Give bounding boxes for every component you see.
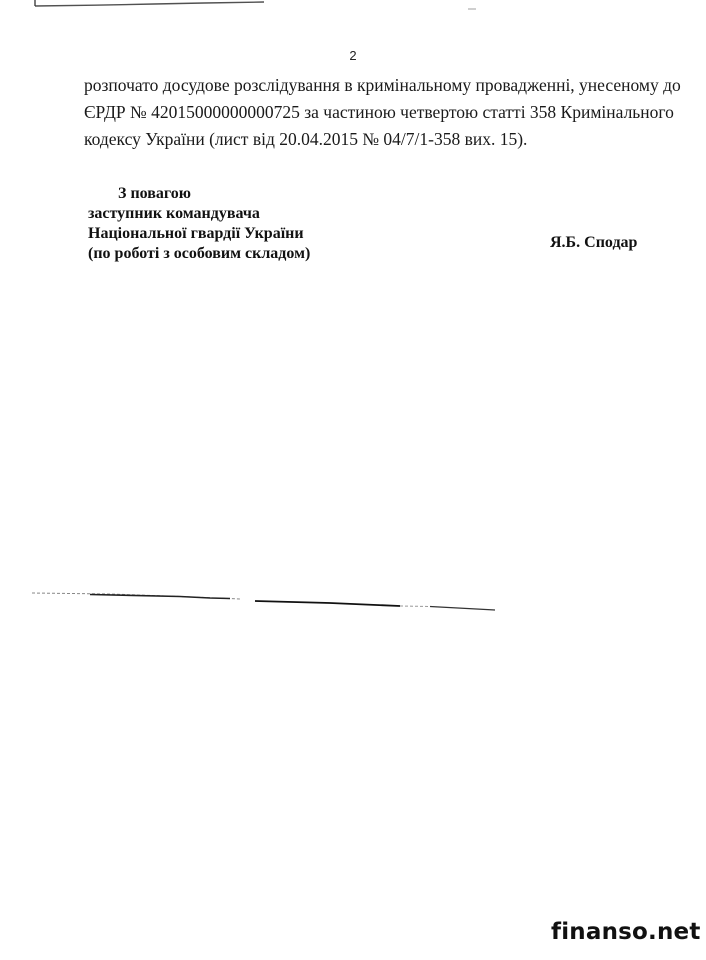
signer-position-line: (по роботі з особовим складом) — [88, 244, 310, 264]
body-line: кодексу України (лист від 20.04.2015 № 0… — [84, 126, 640, 153]
scan-artifact-mid-line — [30, 590, 495, 620]
watermark-logo: finanso.net — [551, 919, 701, 945]
scan-speck — [468, 8, 476, 10]
body-line: ЄРДР № 42015000000000725 за частиною чет… — [84, 99, 640, 126]
signature-greeting: З повагою — [88, 184, 310, 204]
page-number: 2 — [0, 48, 706, 63]
signer-position-line: Національної гвардії України — [88, 224, 310, 244]
scan-artifact-top-line — [34, 0, 264, 7]
body-paragraph: розпочато досудове розслідування в кримі… — [84, 72, 640, 153]
signature-block: З повагою заступник командувача Націонал… — [88, 184, 310, 264]
signer-position-line: заступник командувача — [88, 204, 310, 224]
body-line: розпочато досудове розслідування в кримі… — [84, 72, 640, 99]
signer-name: Я.Б. Сподар — [550, 234, 637, 252]
